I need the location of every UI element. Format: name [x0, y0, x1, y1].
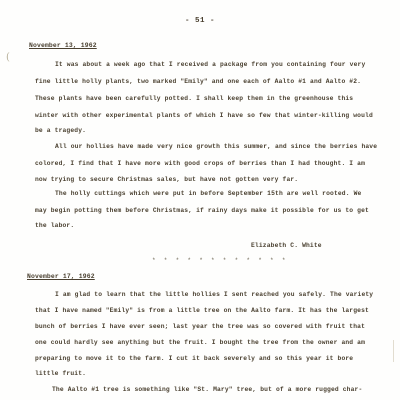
margin-mark: ( [6, 52, 10, 63]
body-line: These plants have been carefully potted.… [35, 95, 353, 102]
body-line: It was about a week ago that I received … [55, 61, 365, 68]
body-line: preparing to move it to the farm. I cut … [35, 355, 353, 362]
section-separator: * * * * * * * * * * * * [152, 257, 288, 264]
body-line: winter with other experimental plants of… [35, 112, 373, 119]
entry-date-heading: November 13, 1962 [29, 42, 97, 49]
scan-edge-mark [393, 340, 394, 362]
page-number: - 51 - [0, 17, 400, 25]
body-line: bunch of berries I have ever seen; last … [35, 323, 365, 330]
entry-date-heading: November 17, 1962 [27, 273, 95, 280]
body-line: be a tragedy. [35, 127, 86, 134]
body-line: I am glad to learn that the little holli… [55, 291, 373, 298]
body-line: the labor. [35, 222, 74, 229]
body-line: that I have named "Emily" is from a litt… [35, 307, 369, 314]
body-line: fine little holly plants, two marked "Em… [35, 78, 361, 85]
body-line: now trying to secure Christmas sales, bu… [35, 176, 298, 183]
body-line: colored, I find that I have more with go… [35, 160, 365, 167]
body-line: The holly cuttings which were put in bef… [55, 190, 361, 197]
signature: Elizabeth C. White [251, 242, 322, 249]
body-line: one could hardly see anything but the fr… [35, 339, 365, 346]
document-page: - 51 - ( November 13, 1962 It was about … [0, 0, 400, 400]
body-line: All our hollies have made very nice grow… [55, 143, 377, 150]
body-line: little fruit. [35, 370, 86, 377]
body-line: may begin potting them before Christmas,… [35, 207, 369, 214]
body-line: The Aalto #1 tree is something like "St.… [52, 386, 362, 393]
